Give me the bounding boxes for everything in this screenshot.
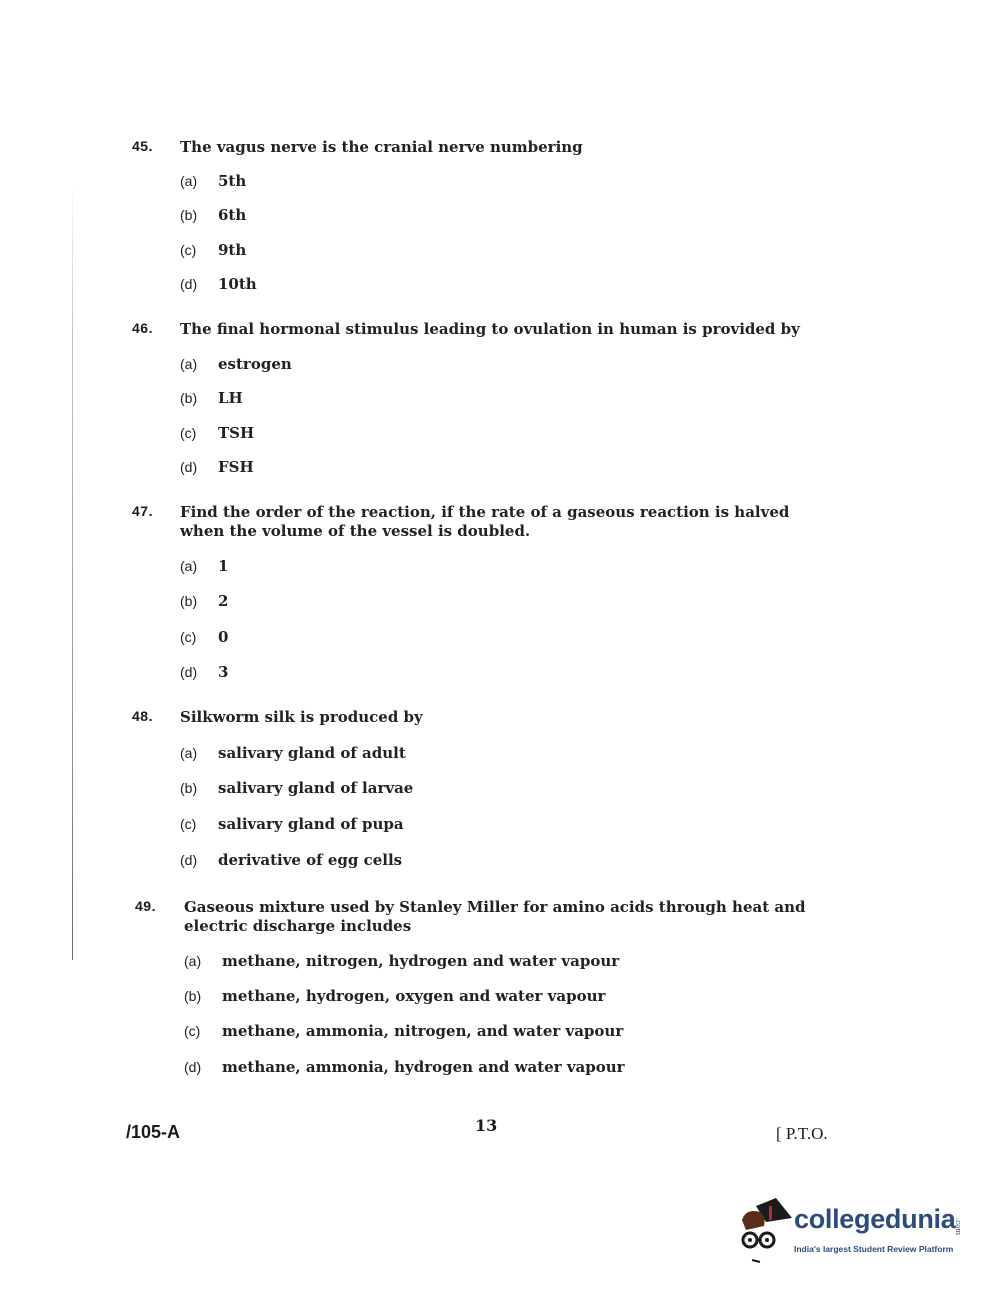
option-text: LH [218, 389, 243, 407]
option-text: salivary gland of adult [218, 744, 406, 762]
option-d[interactable]: (d)3 [180, 663, 228, 681]
option-label: (d) [180, 276, 218, 292]
option-text: TSH [218, 424, 254, 442]
option-text: 9th [218, 241, 246, 259]
option-b[interactable]: (b)2 [180, 592, 228, 610]
option-label: (c) [180, 816, 218, 832]
option-text: methane, hydrogen, oxygen and water vapo… [222, 987, 605, 1005]
brand-dotcom: .com [954, 1218, 962, 1235]
option-a[interactable]: (a)1 [180, 557, 228, 575]
option-text: salivary gland of larvae [218, 779, 413, 797]
option-label: (c) [180, 629, 218, 645]
option-label: (b) [180, 390, 218, 406]
option-b[interactable]: (b)6th [180, 206, 246, 224]
option-label: (d) [180, 459, 218, 475]
question-text: Gaseous mixture used by Stanley Miller f… [184, 898, 844, 936]
option-c[interactable]: (c)9th [180, 241, 246, 259]
option-label: (b) [184, 988, 222, 1004]
please-turn-over: [ P.T.O. [776, 1124, 828, 1144]
question-text: The vagus nerve is the cranial nerve num… [180, 138, 830, 157]
option-label: (c) [180, 242, 218, 258]
option-text: salivary gland of pupa [218, 815, 404, 833]
option-text: FSH [218, 458, 254, 476]
brand-name: collegedunia [794, 1204, 955, 1235]
question-number: 46. [132, 320, 153, 336]
option-label: (d) [184, 1059, 222, 1075]
page-number: 13 [475, 1116, 497, 1135]
option-label: (b) [180, 780, 218, 796]
option-text: 6th [218, 206, 246, 224]
question-text: Silkworm silk is produced by [180, 708, 830, 727]
option-b[interactable]: (b)methane, hydrogen, oxygen and water v… [184, 987, 605, 1005]
option-label: (c) [184, 1023, 222, 1039]
option-text: 0 [218, 628, 228, 646]
option-a[interactable]: (a)estrogen [180, 355, 292, 373]
scan-edge-line [72, 180, 73, 960]
option-label: (a) [180, 173, 218, 189]
option-text: 5th [218, 172, 246, 190]
option-b[interactable]: (b)LH [180, 389, 243, 407]
option-b[interactable]: (b)salivary gland of larvae [180, 779, 413, 797]
question-number: 49. [135, 898, 156, 914]
option-text: estrogen [218, 355, 292, 373]
option-text: derivative of egg cells [218, 851, 402, 869]
option-d[interactable]: (d)10th [180, 275, 257, 293]
option-c[interactable]: (c)TSH [180, 424, 254, 442]
option-text: methane, ammonia, hydrogen and water vap… [222, 1058, 625, 1076]
question-number: 45. [132, 138, 153, 154]
option-label: (a) [180, 745, 218, 761]
option-d[interactable]: (d)derivative of egg cells [180, 851, 402, 869]
option-label: (b) [180, 593, 218, 609]
option-a[interactable]: (a)5th [180, 172, 246, 190]
paper-code: /105-A [126, 1122, 180, 1143]
collegedunia-logo: collegedunia .com India's largest Studen… [736, 1196, 966, 1266]
option-label: (a) [180, 558, 218, 574]
option-text: 10th [218, 275, 257, 293]
option-label: (a) [184, 953, 222, 969]
option-d[interactable]: (d)FSH [180, 458, 254, 476]
option-a[interactable]: (a)methane, nitrogen, hydrogen and water… [184, 952, 619, 970]
option-label: (d) [180, 664, 218, 680]
mascot-icon [736, 1196, 796, 1266]
option-label: (d) [180, 852, 218, 868]
option-text: methane, ammonia, nitrogen, and water va… [222, 1022, 623, 1040]
brand-tagline: India's largest Student Review Platform [794, 1244, 953, 1254]
question-number: 47. [132, 503, 153, 519]
option-label: (a) [180, 356, 218, 372]
option-d[interactable]: (d)methane, ammonia, hydrogen and water … [184, 1058, 625, 1076]
option-text: 3 [218, 663, 228, 681]
option-c[interactable]: (c)0 [180, 628, 228, 646]
question-text: Find the order of the reaction, if the r… [180, 503, 830, 541]
option-c[interactable]: (c)salivary gland of pupa [180, 815, 404, 833]
option-a[interactable]: (a)salivary gland of adult [180, 744, 406, 762]
option-text: methane, nitrogen, hydrogen and water va… [222, 952, 619, 970]
option-label: (c) [180, 425, 218, 441]
question-number: 48. [132, 708, 153, 724]
option-text: 2 [218, 592, 228, 610]
option-c[interactable]: (c)methane, ammonia, nitrogen, and water… [184, 1022, 623, 1040]
question-text: The final hormonal stimulus leading to o… [180, 320, 880, 339]
option-text: 1 [218, 557, 228, 575]
option-label: (b) [180, 207, 218, 223]
